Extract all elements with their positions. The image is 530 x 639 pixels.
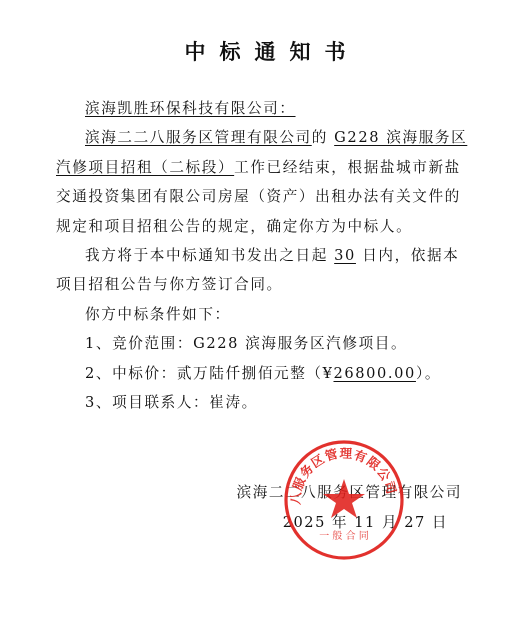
conditions-intro: 你方中标条件如下： [56,300,472,329]
condition-value: 崔涛。 [209,394,258,411]
condition-item-scope: 1、竞价范围：G228 滨海服务区汽修项目。 [56,329,472,358]
condition-value: G228 滨海服务区汽修项目。 [193,335,407,352]
issuer-name: 滨海二二八服务区管理有限公司 [85,129,312,146]
notice-page: 中标通知书 滨海凯胜环保科技有限公司： 滨海二二八服务区管理有限公司的 G228… [0,0,530,639]
addressee-line: 滨海凯胜环保科技有限公司： [56,94,472,123]
days-value: 30 [334,247,356,264]
paragraph-text: 的 [312,129,328,146]
condition-item-contact: 3、项目联系人：崔涛。 [56,388,472,417]
addressee: 滨海凯胜环保科技有限公司： [85,100,296,117]
condition-label: 2、中标价： [85,365,177,382]
paragraph-award: 滨海二二八服务区管理有限公司的 G228 滨海服务区汽修项目招租（二标段）工作已… [56,123,472,241]
paragraph-contract: 我方将于本中标通知书发出之日起 30 日内，依据本项目招租公告与你方签订合同。 [56,241,472,300]
condition-value: ）。 [416,365,441,382]
document-title: 中标通知书 [0,36,530,66]
paragraph-text: 我方将于本中标通知书发出之日起 [85,247,328,264]
signature-block: 滨海二二八服务区管理有限公司 2025 年 11 月 27 日 [237,478,462,538]
condition-item-price: 2、中标价：贰万陆仟捌佰元整（¥26800.00）。 [56,359,472,388]
document-body: 滨海凯胜环保科技有限公司： 滨海二二八服务区管理有限公司的 G228 滨海服务区… [56,94,472,417]
condition-label: 1、竞价范围： [85,335,193,352]
condition-label: 3、项目联系人： [85,394,209,411]
price-amount: 26800.00 [334,365,416,382]
condition-value: 贰万陆仟捌佰元整（¥ [177,365,334,382]
signature-date: 2025 年 11 月 27 日 [237,508,462,538]
signatory-company: 滨海二二八服务区管理有限公司 [237,478,462,508]
